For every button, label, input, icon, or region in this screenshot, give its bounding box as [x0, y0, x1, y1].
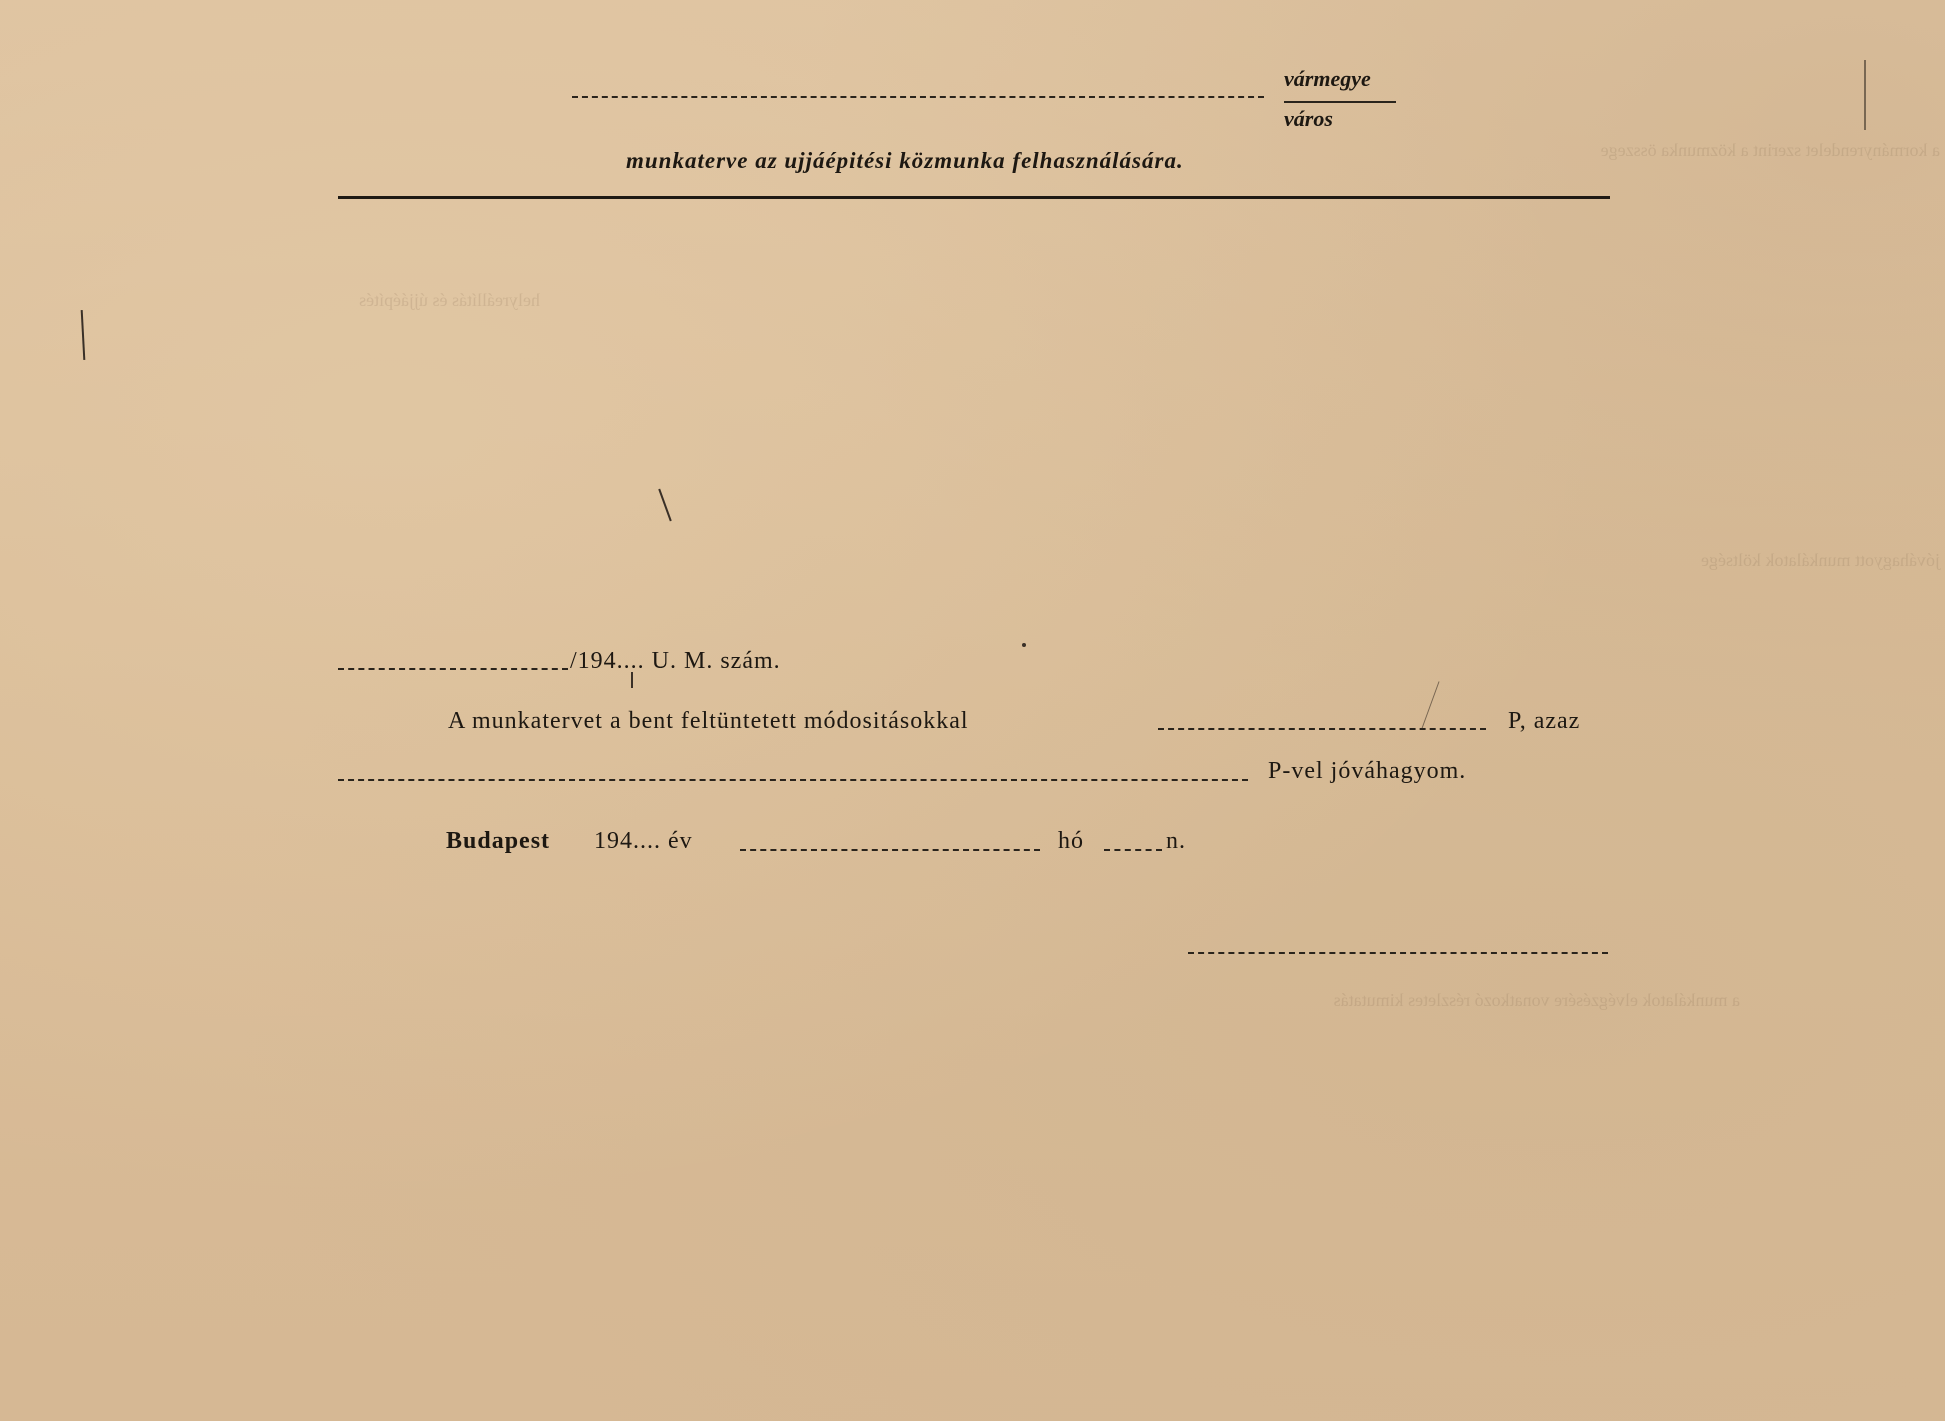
show-through-text: a kormányrendelet szerint a közmunka öss… — [1180, 130, 1940, 170]
show-through-text: helyreállítás és újjáépítés — [20, 280, 540, 320]
day-blank[interactable] — [1104, 849, 1162, 851]
scanned-form-page: a kormányrendelet szerint a közmunka öss… — [0, 0, 1945, 1421]
county-label: vármegye — [1284, 66, 1371, 92]
city-label: város — [1284, 106, 1333, 132]
amount-in-words-blank[interactable] — [338, 779, 1248, 781]
year-text: 194.... év — [594, 828, 693, 855]
reference-number-blank[interactable] — [338, 668, 568, 670]
amount-suffix: P, azaz — [1508, 708, 1580, 735]
scan-mark — [1864, 60, 1866, 130]
approval-suffix: P-vel jóváhagyom. — [1268, 758, 1466, 785]
reference-number-text: /194.... U. M. szám. — [570, 648, 781, 675]
county-name-blank[interactable] — [572, 96, 1264, 98]
county-city-divider — [1284, 101, 1396, 103]
form-heading: munkaterve az ujjáépitési közmunka felha… — [626, 148, 1184, 174]
scan-mark — [81, 310, 86, 360]
show-through-text: jóváhagyott munkálatok költsége — [1240, 540, 1940, 580]
show-through-text: a munkálatok elvégzésére vonatkozó részl… — [40, 980, 1740, 1020]
signature-blank[interactable] — [1188, 952, 1608, 954]
day-suffix: n. — [1166, 828, 1186, 855]
header-rule — [338, 196, 1610, 199]
approval-text: A munkatervet a bent feltüntetett módosi… — [448, 708, 969, 735]
month-label: hó — [1058, 828, 1084, 855]
scan-mark — [1022, 643, 1026, 647]
place-label: Budapest — [446, 828, 550, 855]
scan-mark — [631, 672, 633, 688]
month-blank[interactable] — [740, 849, 1040, 851]
amount-blank[interactable] — [1158, 728, 1486, 730]
scan-mark — [1421, 681, 1439, 728]
scan-mark — [658, 489, 672, 522]
